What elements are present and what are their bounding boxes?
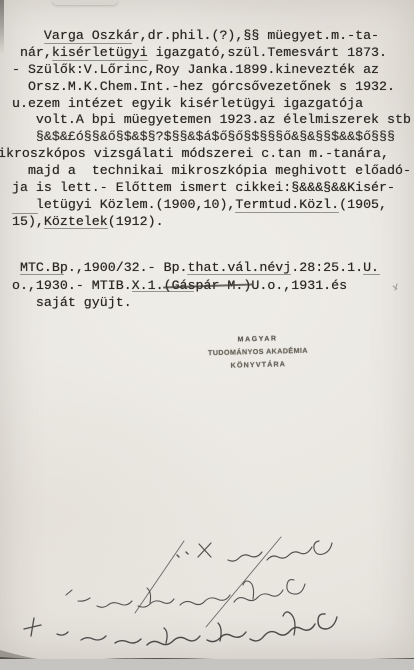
handwriting-row-2 [66,580,305,608]
paper-top-notch [52,0,118,5]
scanned-catalog-card: Varga Oszkár,dr.phil.(?),§§ müegyet.m.-t… [0,0,414,670]
cross-mark [24,618,41,636]
typed-line: ja is lett.- Előttem ismert cikkei:§&&&§… [4,180,414,197]
handwriting-row-3 [24,612,337,645]
typed-line: saját gyüjt. [4,294,414,312]
scanner-background [0,659,414,670]
scan-edge-artifact [0,0,4,54]
typed-line: majd a technikai mikroszkópia meghivott … [4,163,414,180]
paper-card: Varga Oszkár,dr.phil.(?),§§ müegyet.m.-t… [0,0,414,659]
typed-line: u.ezem intézet egyik kisérletügyi igazga… [4,96,414,113]
stamp-line-2: TUDOMÁNYOS AKADÉMIA [185,345,331,358]
stamp-line-1: MAGYAR [185,334,331,345]
typed-line: - Szülők:V.Lőrinc,Roy Janka.1899.kinevez… [4,62,414,79]
typed-line: Orsz.M.K.Chem.Int.-hez górcsővezetőnek s… [4,79,414,96]
library-stamp: MAGYAR TUDOMÁNYOS AKADÉMIA KÖNYVTÁRA [185,334,332,371]
stamp-line-3: KÖNYVTÁRA [185,358,331,371]
diagonal-stroke-1 [135,541,184,613]
typed-line-overstruck: §&$&£ó§§&ő§$&$§?$§§&$á$ő§ő§$§§§ő&§&§§$&&… [4,129,414,146]
typed-line: mikroszkópos vizsgálati módszerei c.tan … [0,146,414,163]
typed-paragraph-1: Varga Oszkár,dr.phil.(?),§§ müegyet.m.-t… [0,28,414,231]
handwriting-row-1 [177,541,332,561]
typed-line: letügyi Közlem.(1900,10),Termtud.Közl.(1… [4,197,414,214]
corner-shadow [0,650,38,659]
diagonal-stroke-2 [206,537,281,627]
typed-line: volt.A bpi müegyetemen 1923.az élelmisze… [4,112,414,129]
